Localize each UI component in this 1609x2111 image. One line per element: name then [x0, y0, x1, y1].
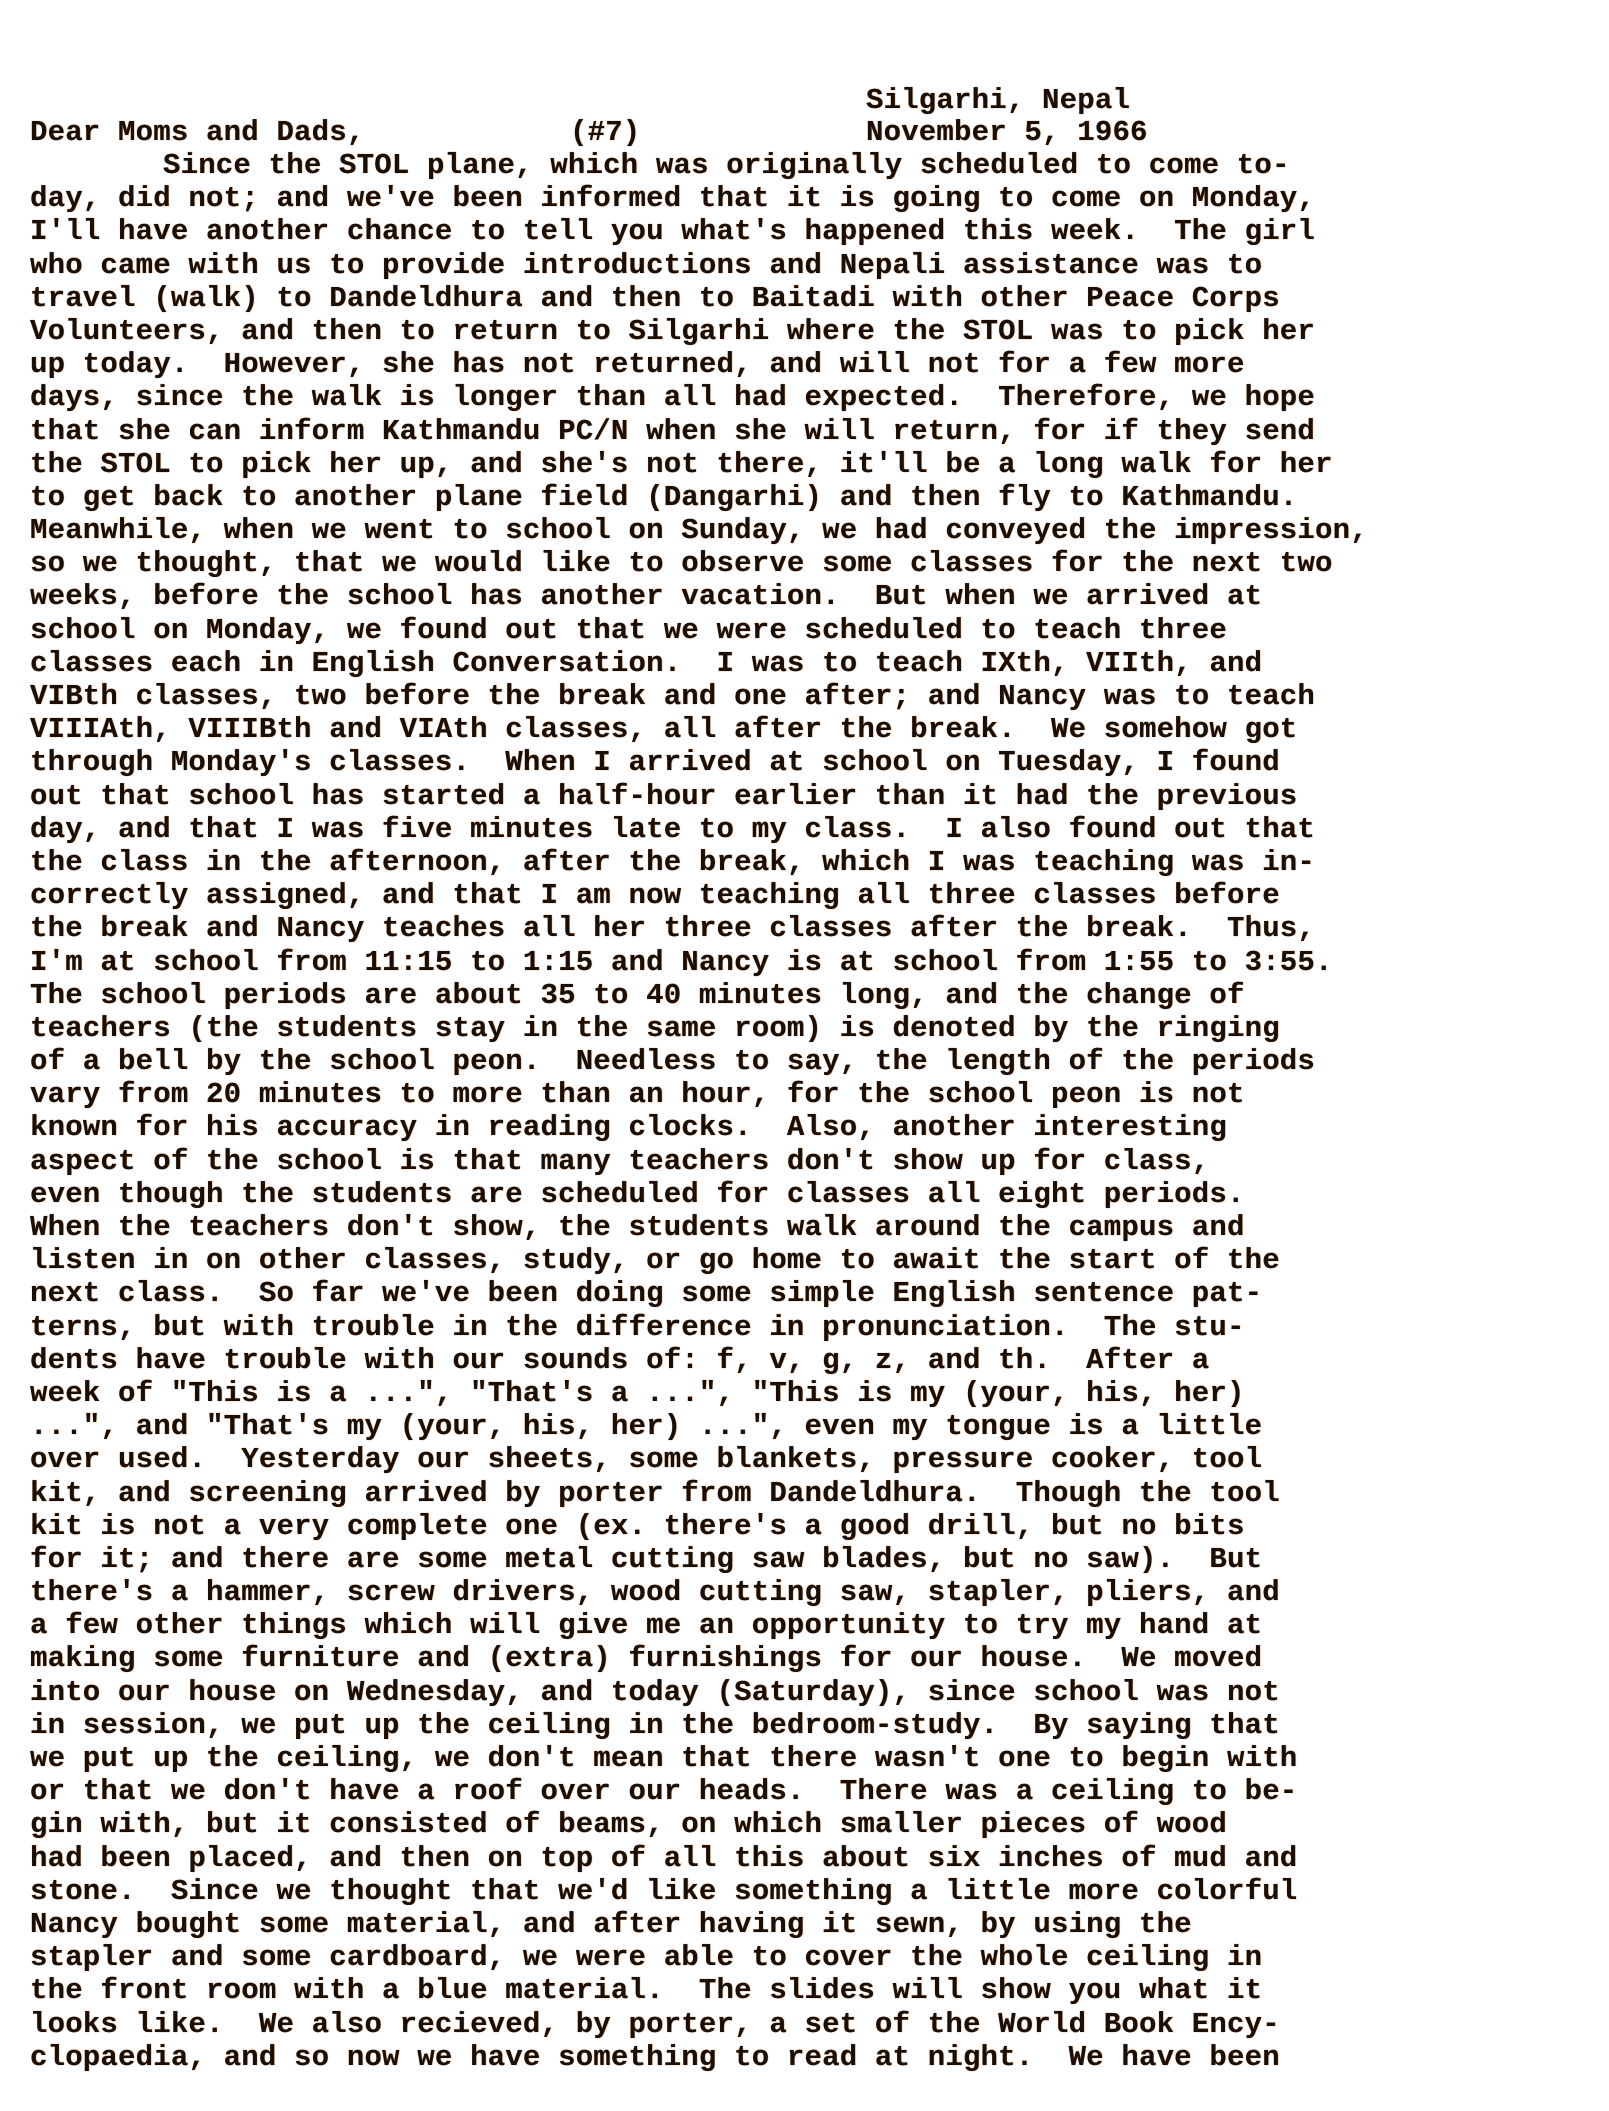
letter-line: up today. However, she has not returned,… [30, 348, 1600, 381]
letter-line: the front room with a blue material. The… [30, 1974, 1600, 2007]
letter-line: through Monday's classes. When I arrived… [30, 746, 1600, 779]
letter-line: looks like. We also recieved, by porter,… [30, 2008, 1600, 2041]
letter-line: The school periods are about 35 to 40 mi… [30, 979, 1600, 1012]
letter-line: for it; and there are some metal cutting… [30, 1543, 1600, 1576]
letter-line: day, did not; and we've been informed th… [30, 182, 1600, 215]
letter-line: the break and Nancy teaches all her thre… [30, 912, 1600, 945]
letter-line: kit, and screening arrived by porter fro… [30, 1477, 1600, 1510]
letter-line: correctly assigned, and that I am now te… [30, 879, 1600, 912]
letter-line: days, since the walk is longer than all … [30, 381, 1600, 414]
letter-line: we put up the ceiling, we don't mean tha… [30, 1742, 1600, 1775]
letter-date: November 5, 1966 [866, 116, 1148, 149]
letter-line: I'll have another chance to tell you wha… [30, 215, 1600, 248]
letter-line: to get back to another plane field (Dang… [30, 481, 1600, 514]
letter-line: that she can inform Kathmandu PC/N when … [30, 415, 1600, 448]
letter-header: Dear Moms and Dads, (#7) November 5, 196… [30, 116, 1590, 149]
letter-line: Since the STOL plane, which was original… [30, 149, 1600, 182]
letter-line: travel (walk) to Dandeldhura and then to… [30, 282, 1600, 315]
letter-line: or that we don't have a roof over our he… [30, 1775, 1600, 1808]
letter-line: Meanwhile, when we went to school on Sun… [30, 514, 1600, 547]
letter-line: school on Monday, we found out that we w… [30, 614, 1600, 647]
letter-line: had been placed, and then on top of all … [30, 1842, 1600, 1875]
letter-line: even though the students are scheduled f… [30, 1178, 1600, 1211]
letter-line: stone. Since we thought that we'd like s… [30, 1875, 1600, 1908]
letter-line: VIBth classes, two before the break and … [30, 680, 1600, 713]
letter-line: stapler and some cardboard, we were able… [30, 1941, 1600, 1974]
letter-line: who came with us to provide introduction… [30, 249, 1600, 282]
letter-line: gin with, but it consisted of beams, on … [30, 1808, 1600, 1841]
letter-line: the class in the afternoon, after the br… [30, 846, 1600, 879]
letter-line: clopaedia, and so now we have something … [30, 2041, 1600, 2074]
letter-line: day, and that I was five minutes late to… [30, 813, 1600, 846]
letter-line: a few other things which will give me an… [30, 1609, 1600, 1642]
letter-line: in session, we put up the ceiling in the… [30, 1709, 1600, 1742]
letter-line: so we thought, that we would like to obs… [30, 547, 1600, 580]
letter-line: Nancy bought some material, and after ha… [30, 1908, 1600, 1941]
letter-line: of a bell by the school peon. Needless t… [30, 1045, 1600, 1078]
letter-number: (#7) [570, 116, 640, 149]
letter-line: out that school has started a half-hour … [30, 780, 1600, 813]
typewritten-letter-page: Silgarhi, Nepal Dear Moms and Dads, (#7)… [0, 0, 1609, 2111]
letter-line: classes each in English Conversation. I … [30, 647, 1600, 680]
letter-line: teachers (the students stay in the same … [30, 1012, 1600, 1045]
letter-line: VIIIAth, VIIIBth and VIAth classes, all … [30, 713, 1600, 746]
salutation: Dear Moms and Dads, [30, 116, 364, 149]
letter-line: there's a hammer, screw drivers, wood cu… [30, 1576, 1600, 1609]
letter-line: When the teachers don't show, the studen… [30, 1211, 1600, 1244]
letter-line: known for his accuracy in reading clocks… [30, 1111, 1600, 1144]
letter-line: over used. Yesterday our sheets, some bl… [30, 1443, 1600, 1476]
letter-body: Since the STOL plane, which was original… [30, 149, 1600, 2074]
letter-line: ...", and "That's my (your, his, her) ..… [30, 1410, 1600, 1443]
letter-line: into our house on Wednesday, and today (… [30, 1676, 1600, 1709]
letter-line: weeks, before the school has another vac… [30, 580, 1600, 613]
letter-line: listen in on other classes, study, or go… [30, 1244, 1600, 1277]
letter-line: aspect of the school is that many teache… [30, 1145, 1600, 1178]
letter-line: the STOL to pick her up, and she's not t… [30, 448, 1600, 481]
letter-place: Silgarhi, Nepal [866, 84, 1130, 117]
letter-line: next class. So far we've been doing some… [30, 1277, 1600, 1310]
letter-line: week of "This is a ...", "That's a ...",… [30, 1377, 1600, 1410]
letter-line: making some furniture and (extra) furnis… [30, 1642, 1600, 1675]
letter-line: vary from 20 minutes to more than an hou… [30, 1078, 1600, 1111]
letter-line: dents have trouble with our sounds of: f… [30, 1344, 1600, 1377]
letter-line: I'm at school from 11:15 to 1:15 and Nan… [30, 946, 1600, 979]
letter-line: terns, but with trouble in the differenc… [30, 1311, 1600, 1344]
letter-line: Volunteers, and then to return to Silgar… [30, 315, 1600, 348]
letter-line: kit is not a very complete one (ex. ther… [30, 1510, 1600, 1543]
